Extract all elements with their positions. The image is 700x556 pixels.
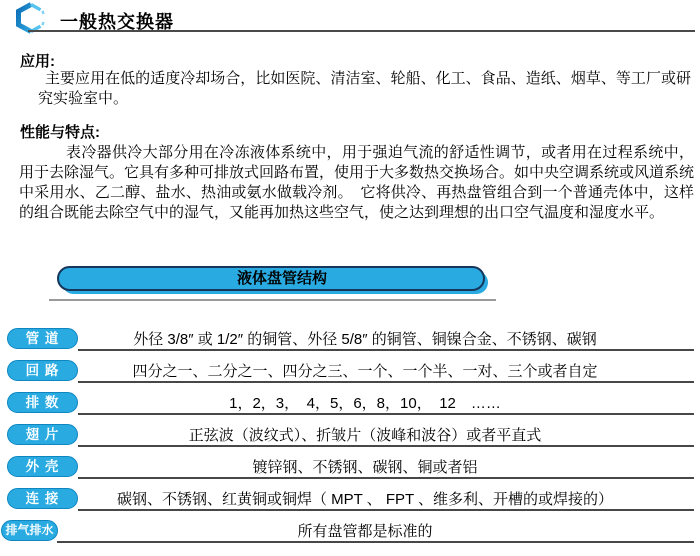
spec-table: 管 道 外径 3/8″ 或 1/2″ 的铜管、外径 5/8″ 的铜管、铜镍合金、… <box>0 319 700 543</box>
row-value: 四分之一、二分之一、四分之三、一个、一个半、一对、三个或者自定 <box>40 360 690 381</box>
row-value: 所有盘管都是标准的 <box>40 520 690 541</box>
row-value: 碳钢、不锈钢、红黄铜或铜焊（ MPT 、 FPT 、维多利、开槽的或焊接的） <box>40 488 690 509</box>
row-value: 镀锌钢、不锈钢、碳钢、铜或者铝 <box>40 456 690 477</box>
header-divider <box>28 30 695 32</box>
section-heading-application: 应用: <box>20 50 55 71</box>
document-page: 一般热交换器 应用: 主要应用在低的适度冷却场合，比如医院、清洁室、轮船、化工、… <box>0 0 700 556</box>
row-value: 外径 3/8″ 或 1/2″ 的铜管、外径 5/8″ 的铜管、铜镍合金、不锈钢、… <box>40 328 690 349</box>
row-value: 1，2，3， 4，5，6，8，10， 12 …… <box>40 392 690 413</box>
table-row-fins: 翅 片 正弦波（波纹式）、折皱片（波峰和波谷）或者平直式 <box>0 415 700 447</box>
banner-divider <box>49 299 496 301</box>
table-row-casing: 外 壳 镀锌钢、不锈钢、碳钢、铜或者铝 <box>0 447 700 479</box>
table-row-pipes: 管 道 外径 3/8″ 或 1/2″ 的铜管、外径 5/8″ 的铜管、铜镍合金、… <box>0 319 700 351</box>
table-row-vent-drain: 排气排水 所有盘管都是标准的 <box>0 511 700 543</box>
row-divider <box>57 541 694 543</box>
table-row-connections: 连 接 碳钢、不锈钢、红黄铜或铜焊（ MPT 、 FPT 、维多利、开槽的或焊接… <box>0 479 700 511</box>
performance-paragraph: 表冷器供冷大部分用在冷冻液体系统中，用于强迫气流的舒适性调节，或者用在过程系统中… <box>19 143 694 223</box>
table-row-circuits: 回 路 四分之一、二分之一、四分之三、一个、一个半、一对、三个或者自定 <box>0 351 700 383</box>
section-heading-performance: 性能与特点: <box>20 121 100 142</box>
application-paragraph: 主要应用在低的适度冷却场合，比如医院、清洁室、轮船、化工、食品、造纸、烟草、等工… <box>38 69 691 109</box>
row-value: 正弦波（波纹式）、折皱片（波峰和波谷）或者平直式 <box>40 424 690 445</box>
coil-structure-banner: 液体盘管结构 <box>57 266 485 291</box>
table-row-rows: 排 数 1，2，3， 4，5，6，8，10， 12 …… <box>0 383 700 415</box>
